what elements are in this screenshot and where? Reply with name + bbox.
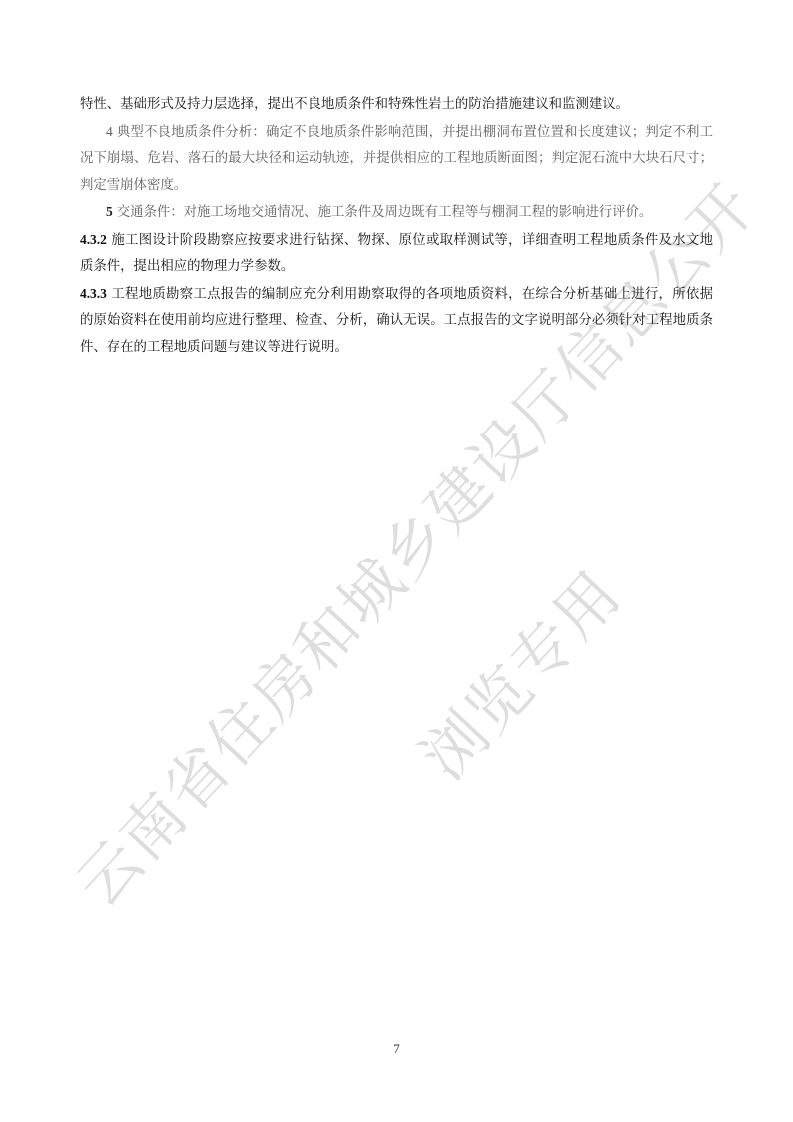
paragraph-continuation: 特性、基础形式及持力层选择，提出不良地质条件和特殊性岩土的防治措施建议和监测建议… xyxy=(80,92,713,119)
clause-number: 4.3.3 xyxy=(80,286,107,301)
paragraph-text: 特性、基础形式及持力层选择，提出不良地质条件和特殊性岩土的防治措施建议和监测建议… xyxy=(80,97,629,112)
clause-number: 4.3.2 xyxy=(80,232,107,247)
page-number: 7 xyxy=(0,1041,793,1057)
item-number: 5 xyxy=(106,204,113,219)
item-text: 典型不良地质条件分析：确定不良地质条件影响范围，并提出棚洞布置位置和长度建议；判… xyxy=(80,125,713,193)
clause-4-3-3: 4.3.3 工程地质勘察工点报告的编制应充分利用勘察取得的各项地质资料，在综合分… xyxy=(80,281,713,362)
item-number: 4 xyxy=(106,124,113,139)
body-text: 特性、基础形式及持力层选择，提出不良地质条件和特殊性岩土的防治措施建议和监测建议… xyxy=(80,92,713,361)
clause-4-3-2: 4.3.2 施工图设计阶段勘察应按要求进行钻探、物探、原位或取样测试等，详细查明… xyxy=(80,227,713,281)
clause-text: 工程地质勘察工点报告的编制应充分利用勘察取得的各项地质资料，在综合分析基础上进行… xyxy=(80,287,713,355)
item-text: 交通条件：对施工场地交通情况、施工条件及周边既有工程等与棚洞工程的影响进行评价。 xyxy=(117,205,653,220)
document-page: 云南省住房和城乡建设厅信息公开 浏览专用 特性、基础形式及持力层选择，提出不良地… xyxy=(0,0,793,1122)
watermark-line-2: 浏览专用 xyxy=(398,548,638,796)
list-item-5: 5交通条件：对施工场地交通情况、施工条件及周边既有工程等与棚洞工程的影响进行评价… xyxy=(80,199,713,227)
list-item-4: 4典型不良地质条件分析：确定不良地质条件影响范围，并提出棚洞布置位置和长度建议；… xyxy=(80,119,713,200)
clause-text: 施工图设计阶段勘察应按要求进行钻探、物探、原位或取样测试等，详细查明工程地质条件… xyxy=(80,233,713,275)
